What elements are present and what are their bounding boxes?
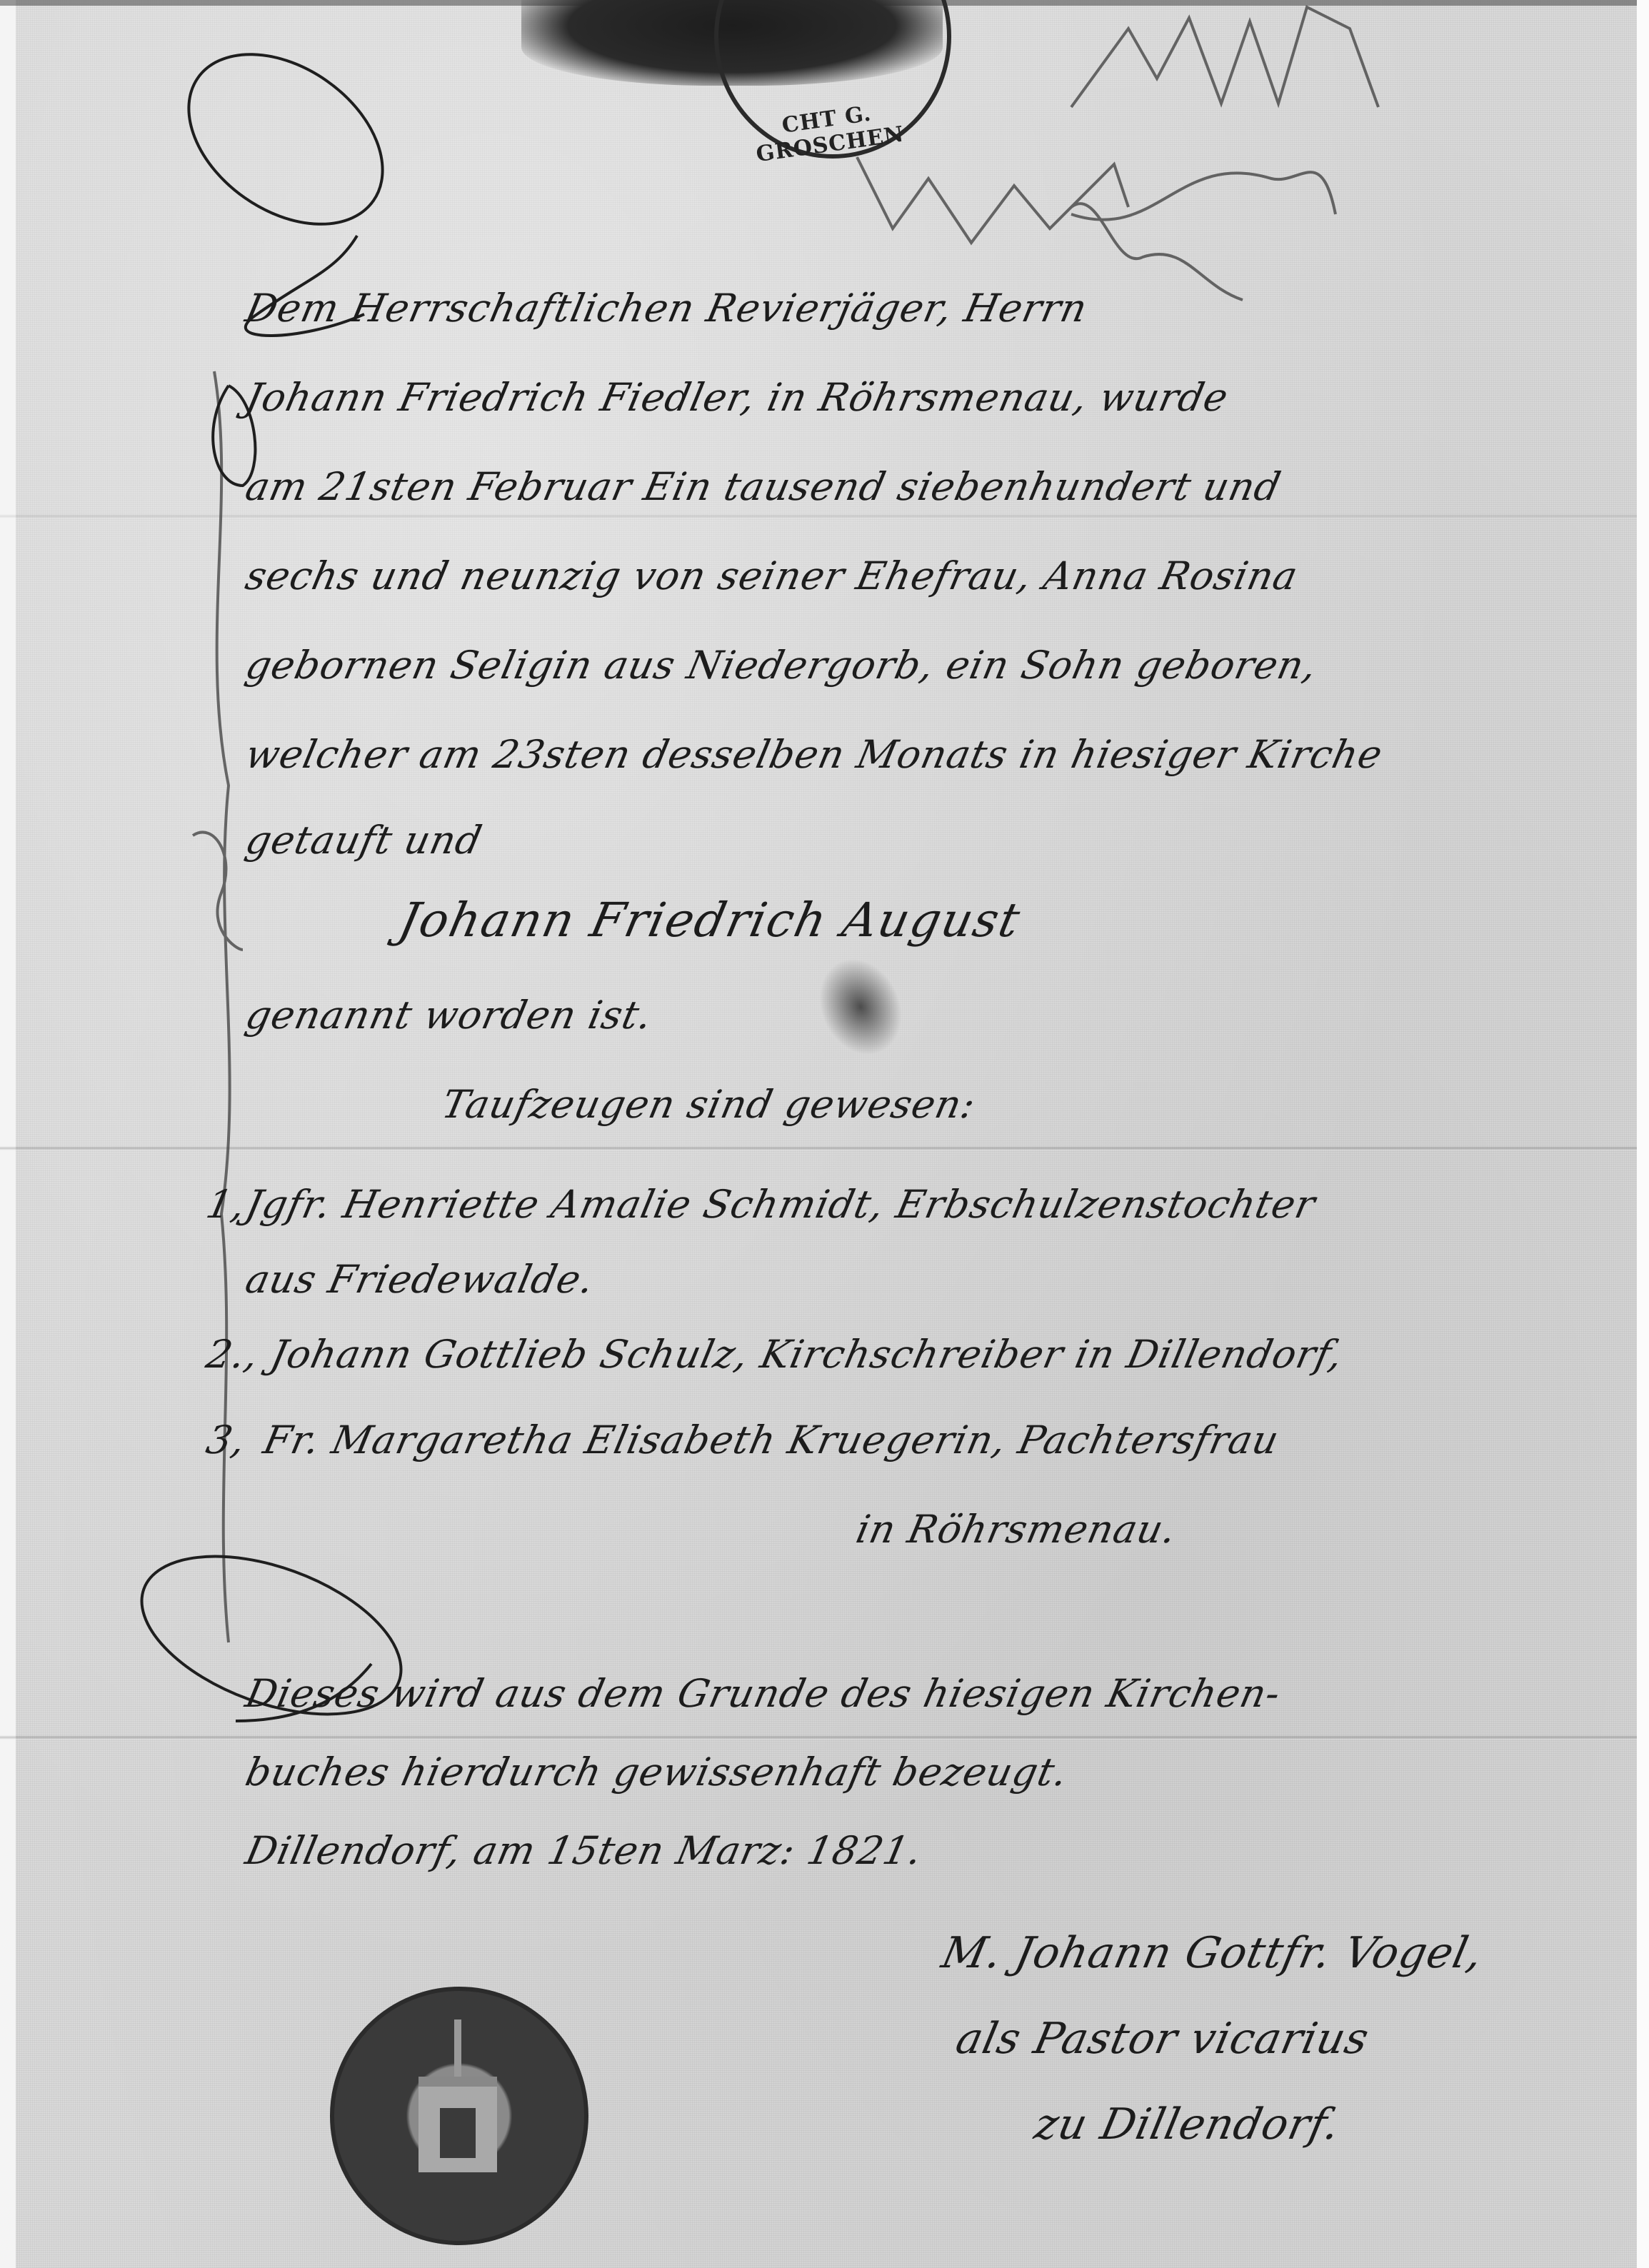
godparent-entry-cont: in Röhrsmenau. <box>852 1507 1181 1552</box>
signature-name: M. Johann Gottfr. Vogel, <box>938 1928 1488 1978</box>
text-line: Dem Herrschaftlichen Revierjäger, Herrn <box>241 286 1091 331</box>
pencil-wave <box>1071 172 1335 220</box>
text-line: Johann Friedrich Fiedler, in Röhrsmenau,… <box>241 375 1233 420</box>
seal-building-icon <box>418 2077 497 2172</box>
pencil-margin-line <box>193 832 243 950</box>
godparent-entry: Johann Gottlieb Schulz, Kirchschreiber i… <box>266 1332 1347 1377</box>
text-line: gebornen Seligin aus Niedergorb, ein Soh… <box>241 643 1321 688</box>
pencil-zigzag <box>1071 7 1378 107</box>
pencil-zigzag <box>857 157 1128 243</box>
godparents-heading: Taufzeugen sind gewesen: <box>438 1082 980 1127</box>
signature-place: zu Dillendorf. <box>1031 2099 1345 2149</box>
godparent-entry-cont: aus Friedewalde. <box>241 1257 598 1302</box>
text-line: getauft und <box>241 818 486 863</box>
text-line: welcher am 23sten desselben Monats in hi… <box>241 732 1387 777</box>
child-name: Johann Friedrich August <box>394 893 1026 948</box>
seal-spire-icon <box>454 2019 461 2077</box>
text-line: am 21sten Februar Ein tausend siebenhund… <box>241 464 1285 509</box>
flourish-capital <box>157 19 414 259</box>
godparent-entry: Jgfr. Henriette Amalie Schmidt, Erbschul… <box>241 1182 1320 1227</box>
place-date: Dillendorf, am 15ten Marz: 1821. <box>241 1828 926 1873</box>
signature-title: als Pastor vicarius <box>952 2014 1374 2064</box>
church-seal <box>330 1987 588 2245</box>
godparent-entry: Fr. Margaretha Elisabeth Kruegerin, Pach… <box>259 1417 1283 1462</box>
godparent-number: 2., <box>202 1332 263 1377</box>
text-line: genannt worden ist. <box>241 993 656 1038</box>
text-line: sechs und neunzig von seiner Ehefrau, An… <box>241 553 1302 598</box>
attestation-line: Dieses wird aus dem Grunde des hiesigen … <box>241 1671 1285 1716</box>
attestation-line: buches hierdurch gewissenhaft bezeugt. <box>241 1750 1072 1795</box>
